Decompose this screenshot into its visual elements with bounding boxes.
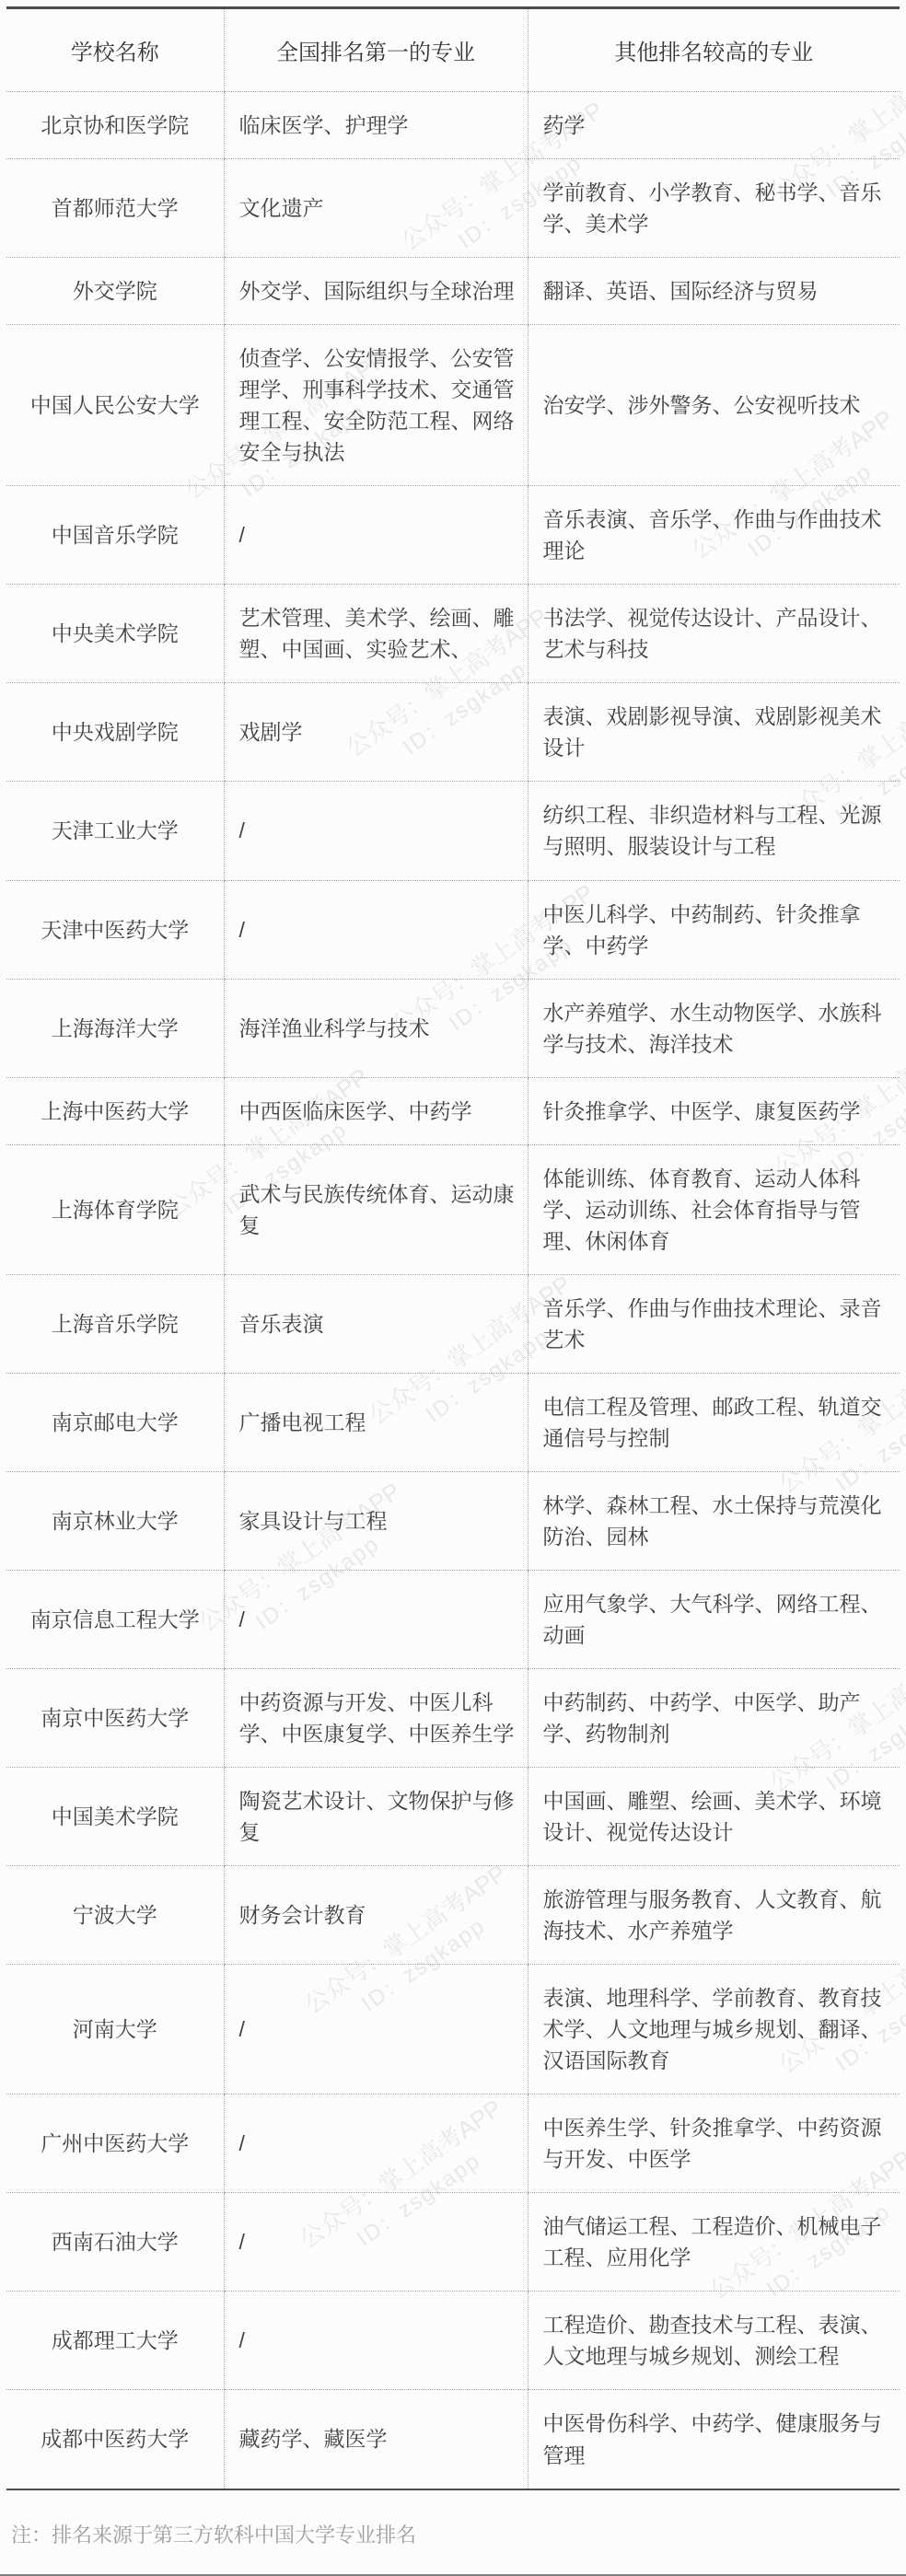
top-major-cell: /	[224, 2094, 528, 2193]
top-major-cell: 藏药学、藏医学	[224, 2390, 528, 2489]
school-name-cell: 成都中医药大学	[6, 2390, 224, 2489]
top-major-cell: 中药资源与开发、中医儿科学、中医康复学、中医养生学	[224, 1669, 528, 1768]
other-majors-cell: 水产养殖学、水生动物医学、水族科学与技术、海洋技术	[528, 979, 900, 1077]
top-major-cell: /	[224, 2292, 528, 2390]
table-row: 北京协和医学院临床医学、护理学药学	[6, 92, 900, 159]
other-majors-cell: 中医骨伤科学、中药学、健康服务与管理	[528, 2390, 900, 2489]
school-name-cell: 中央戏剧学院	[6, 683, 224, 782]
other-majors-cell: 书法学、视觉传达设计、产品设计、艺术与科技	[528, 585, 900, 683]
table-row: 中央戏剧学院戏剧学表演、戏剧影视导演、戏剧影视美术设计	[6, 683, 900, 782]
table-row: 中国音乐学院/音乐表演、音乐学、作曲与作曲技术理论	[6, 486, 900, 585]
school-name-cell: 上海音乐学院	[6, 1274, 224, 1373]
school-name-cell: 中央美术学院	[6, 585, 224, 683]
table-row: 上海中医药大学中西医临床医学、中药学针灸推拿学、中医学、康复医药学	[6, 1077, 900, 1144]
footnote: 注：排名来源于第三方软科中国大学专业排名	[0, 2490, 906, 2574]
table-row: 成都中医药大学藏药学、藏医学中医骨伤科学、中药学、健康服务与管理	[6, 2390, 900, 2489]
top-major-cell: 音乐表演	[224, 1274, 528, 1373]
school-name-cell: 成都理工大学	[6, 2292, 224, 2390]
majors-table: 学校名称 全国排名第一的专业 其他排名较高的专业 北京协和医学院临床医学、护理学…	[6, 6, 900, 2490]
table-row: 中国美术学院陶瓷艺术设计、文物保护与修复中国画、雕塑、绘画、美术学、环境设计、视…	[6, 1768, 900, 1866]
school-name-cell: 外交学院	[6, 258, 224, 325]
table-body: 北京协和医学院临床医学、护理学药学首都师范大学文化遗产学前教育、小学教育、秘书学…	[6, 92, 900, 2489]
table-row: 中国人民公安大学侦查学、公安情报学、公安管理学、刑事科学技术、交通管理工程、安全…	[6, 325, 900, 486]
other-majors-cell: 中国画、雕塑、绘画、美术学、环境设计、视觉传达设计	[528, 1768, 900, 1866]
other-majors-cell: 翻译、英语、国际经济与贸易	[528, 258, 900, 325]
school-name-cell: 上海体育学院	[6, 1144, 224, 1274]
table-row: 广州中医药大学/中医养生学、针灸推拿学、中药资源与开发、中医学	[6, 2094, 900, 2193]
other-majors-cell: 纺织工程、非织造材料与工程、光源与照明、服装设计与工程	[528, 782, 900, 880]
table-row: 上海体育学院武术与民族传统体育、运动康复体能训练、体育教育、运动人体科学、运动训…	[6, 1144, 900, 1274]
top-major-cell: 中西医临床医学、中药学	[224, 1077, 528, 1144]
top-major-cell: /	[224, 2193, 528, 2292]
top-major-cell: 临床医学、护理学	[224, 92, 528, 159]
top-major-cell: 外交学、国际组织与全球治理	[224, 258, 528, 325]
school-name-cell: 上海海洋大学	[6, 979, 224, 1077]
school-name-cell: 上海中医药大学	[6, 1077, 224, 1144]
table-row: 成都理工大学/工程造价、勘查技术与工程、表演、人文地理与城乡规划、测绘工程	[6, 2292, 900, 2390]
other-majors-cell: 中药制药、中药学、中医学、助产学、药物制剂	[528, 1669, 900, 1768]
top-major-cell: /	[224, 880, 528, 979]
other-majors-cell: 音乐学、作曲与作曲技术理论、录音艺术	[528, 1274, 900, 1373]
column-header-top-major: 全国排名第一的专业	[224, 8, 528, 92]
other-majors-cell: 旅游管理与服务教育、人文教育、航海技术、水产养殖学	[528, 1866, 900, 1965]
column-header-other-majors: 其他排名较高的专业	[528, 8, 900, 92]
table-row: 首都师范大学文化遗产学前教育、小学教育、秘书学、音乐学、美术学	[6, 159, 900, 258]
school-name-cell: 河南大学	[6, 1965, 224, 2094]
other-majors-cell: 表演、戏剧影视导演、戏剧影视美术设计	[528, 683, 900, 782]
top-major-cell: /	[224, 486, 528, 585]
other-majors-cell: 工程造价、勘查技术与工程、表演、人文地理与城乡规划、测绘工程	[528, 2292, 900, 2390]
other-majors-cell: 音乐表演、音乐学、作曲与作曲技术理论	[528, 486, 900, 585]
table-row: 南京邮电大学广播电视工程电信工程及管理、邮政工程、轨道交通信号与控制	[6, 1373, 900, 1471]
school-name-cell: 天津中医药大学	[6, 880, 224, 979]
school-name-cell: 首都师范大学	[6, 159, 224, 258]
school-name-cell: 北京协和医学院	[6, 92, 224, 159]
top-major-cell: 艺术管理、美术学、绘画、雕塑、中国画、实验艺术、	[224, 585, 528, 683]
top-major-cell: 侦查学、公安情报学、公安管理学、刑事科学技术、交通管理工程、安全防范工程、网络安…	[224, 325, 528, 486]
school-name-cell: 南京邮电大学	[6, 1373, 224, 1471]
column-header-school: 学校名称	[6, 8, 224, 92]
page: 学校名称 全国排名第一的专业 其他排名较高的专业 北京协和医学院临床医学、护理学…	[0, 0, 906, 2576]
table-row: 南京信息工程大学/应用气象学、大气科学、网络工程、动画	[6, 1570, 900, 1668]
top-major-cell: /	[224, 1570, 528, 1668]
school-name-cell: 南京林业大学	[6, 1471, 224, 1570]
top-major-cell: 戏剧学	[224, 683, 528, 782]
other-majors-cell: 针灸推拿学、中医学、康复医药学	[528, 1077, 900, 1144]
bottom-divider	[0, 2574, 906, 2576]
table-row: 南京林业大学家具设计与工程林学、森林工程、水土保持与荒漠化防治、园林	[6, 1471, 900, 1570]
school-name-cell: 中国美术学院	[6, 1768, 224, 1866]
school-name-cell: 宁波大学	[6, 1866, 224, 1965]
top-major-cell: 武术与民族传统体育、运动康复	[224, 1144, 528, 1274]
school-name-cell: 天津工业大学	[6, 782, 224, 880]
header-row: 学校名称 全国排名第一的专业 其他排名较高的专业	[6, 8, 900, 92]
table-header: 学校名称 全国排名第一的专业 其他排名较高的专业	[6, 8, 900, 92]
other-majors-cell: 治安学、涉外警务、公安视听技术	[528, 325, 900, 486]
top-major-cell: 陶瓷艺术设计、文物保护与修复	[224, 1768, 528, 1866]
other-majors-cell: 中医养生学、针灸推拿学、中药资源与开发、中医学	[528, 2094, 900, 2193]
top-major-cell: 财务会计教育	[224, 1866, 528, 1965]
table-row: 天津工业大学/纺织工程、非织造材料与工程、光源与照明、服装设计与工程	[6, 782, 900, 880]
table-row: 南京中医药大学中药资源与开发、中医儿科学、中医康复学、中医养生学中药制药、中药学…	[6, 1669, 900, 1768]
top-major-cell: 家具设计与工程	[224, 1471, 528, 1570]
school-name-cell: 南京中医药大学	[6, 1669, 224, 1768]
school-name-cell: 中国人民公安大学	[6, 325, 224, 486]
table-row: 天津中医药大学/中医儿科学、中药制药、针灸推拿学、中药学	[6, 880, 900, 979]
school-name-cell: 南京信息工程大学	[6, 1570, 224, 1668]
table-row: 上海海洋大学海洋渔业科学与技术水产养殖学、水生动物医学、水族科学与技术、海洋技术	[6, 979, 900, 1077]
other-majors-cell: 应用气象学、大气科学、网络工程、动画	[528, 1570, 900, 1668]
other-majors-cell: 电信工程及管理、邮政工程、轨道交通信号与控制	[528, 1373, 900, 1471]
other-majors-cell: 表演、地理科学、学前教育、教育技术学、人文地理与城乡规划、翻译、汉语国际教育	[528, 1965, 900, 2094]
other-majors-cell: 油气储运工程、工程造价、机械电子工程、应用化学	[528, 2193, 900, 2292]
top-major-cell: 文化遗产	[224, 159, 528, 258]
top-major-cell: /	[224, 1965, 528, 2094]
other-majors-cell: 林学、森林工程、水土保持与荒漠化防治、园林	[528, 1471, 900, 1570]
school-name-cell: 中国音乐学院	[6, 486, 224, 585]
top-major-cell: 海洋渔业科学与技术	[224, 979, 528, 1077]
top-major-cell: 广播电视工程	[224, 1373, 528, 1471]
table-row: 西南石油大学/油气储运工程、工程造价、机械电子工程、应用化学	[6, 2193, 900, 2292]
school-name-cell: 西南石油大学	[6, 2193, 224, 2292]
table-row: 中央美术学院艺术管理、美术学、绘画、雕塑、中国画、实验艺术、书法学、视觉传达设计…	[6, 585, 900, 683]
table-row: 河南大学/表演、地理科学、学前教育、教育技术学、人文地理与城乡规划、翻译、汉语国…	[6, 1965, 900, 2094]
other-majors-cell: 药学	[528, 92, 900, 159]
table-row: 宁波大学财务会计教育旅游管理与服务教育、人文教育、航海技术、水产养殖学	[6, 1866, 900, 1965]
table-row: 外交学院外交学、国际组织与全球治理翻译、英语、国际经济与贸易	[6, 258, 900, 325]
other-majors-cell: 学前教育、小学教育、秘书学、音乐学、美术学	[528, 159, 900, 258]
other-majors-cell: 中医儿科学、中药制药、针灸推拿学、中药学	[528, 880, 900, 979]
top-major-cell: /	[224, 782, 528, 880]
table-row: 上海音乐学院音乐表演音乐学、作曲与作曲技术理论、录音艺术	[6, 1274, 900, 1373]
school-name-cell: 广州中医药大学	[6, 2094, 224, 2193]
other-majors-cell: 体能训练、体育教育、运动人体科学、运动训练、社会体育指导与管理、休闲体育	[528, 1144, 900, 1274]
